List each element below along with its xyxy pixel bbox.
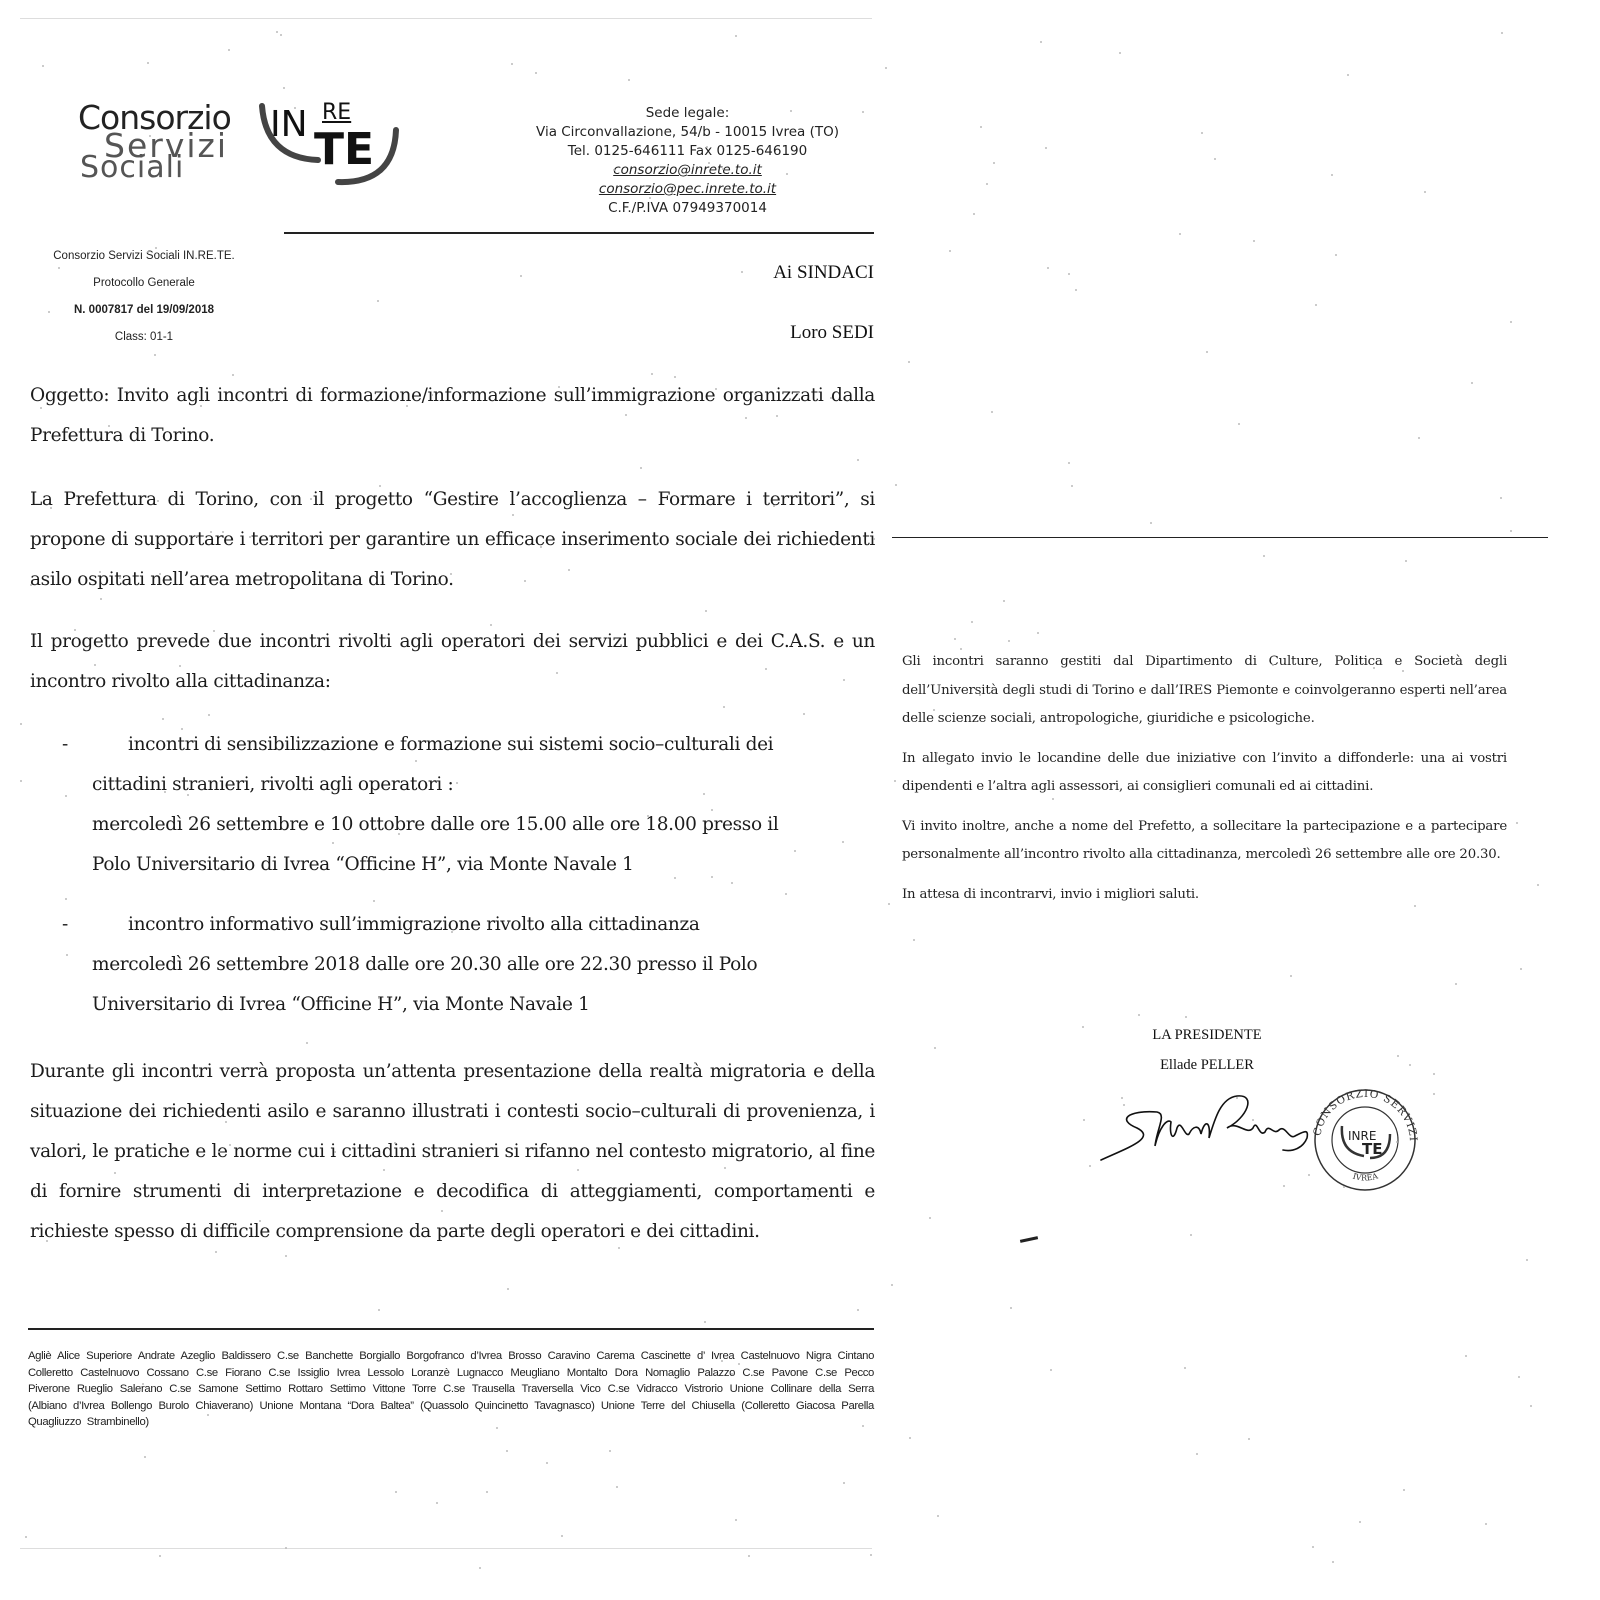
protocol-label: Protocollo Generale <box>24 270 264 297</box>
scan-speck <box>225 1121 227 1123</box>
scan-speck <box>862 1425 864 1427</box>
scan-speck <box>1537 884 1539 886</box>
signatory-name: Ellade PELLER <box>1092 1050 1322 1080</box>
scan-speck <box>332 842 334 844</box>
scan-speck <box>640 467 642 469</box>
scan-speck <box>406 405 408 407</box>
scan-speck <box>280 34 282 36</box>
scan-speck <box>218 1151 220 1153</box>
scan-speck <box>142 1383 144 1385</box>
scan-speck <box>797 392 799 394</box>
scan-speck <box>147 251 149 253</box>
scan-speck <box>1485 1523 1487 1525</box>
sede-vat: C.F./P.IVA 07949370014 <box>515 199 860 218</box>
scan-speck <box>259 1220 261 1222</box>
scan-speck <box>164 791 166 793</box>
scan-speck <box>155 247 157 249</box>
scan-speck <box>857 1309 859 1311</box>
scan-speck <box>862 111 864 113</box>
paragraph-1: La Prefettura di Torino, con il progetto… <box>30 480 875 600</box>
scan-speck <box>228 49 230 51</box>
scan-speck <box>48 311 50 313</box>
scan-speck <box>711 809 713 811</box>
scan-speck <box>558 1000 560 1002</box>
scan-speck <box>162 718 164 720</box>
scan-speck <box>794 850 796 852</box>
scan-speck <box>379 485 381 487</box>
scan-speck <box>1236 1097 1238 1099</box>
scan-speck <box>33 1194 35 1196</box>
scan-speck <box>776 415 778 417</box>
scan-speck <box>625 414 627 416</box>
sede-address: Via Circonvallazione, 54/b - 10015 Ivrea… <box>515 123 860 142</box>
scan-speck <box>486 1491 488 1493</box>
page2-body: Gli incontri saranno gestiti dal Diparti… <box>902 648 1507 920</box>
scan-speck <box>843 679 845 681</box>
scan-speck <box>1089 1165 1091 1167</box>
scan-speck <box>741 271 743 273</box>
scan-speck <box>790 110 792 112</box>
scan-speck <box>694 1062 696 1064</box>
recipient-line-2: Loro SEDI <box>790 322 874 344</box>
scan-speck <box>908 361 910 363</box>
sede-label: Sede legale: <box>515 104 860 123</box>
scan-speck <box>647 815 649 817</box>
scan-speck <box>1347 74 1349 76</box>
scan-speck <box>651 373 653 375</box>
scan-speck <box>154 354 156 356</box>
bullet-item-citizens: - incontro informativo sull’immigrazione… <box>30 905 875 1025</box>
scan-speck <box>1510 321 1512 323</box>
scan-speck <box>149 135 151 137</box>
bullet-detail-line2: Universitario di Ivrea “Officine H”, via… <box>30 985 875 1025</box>
scan-speck <box>1119 52 1121 54</box>
page2-top-edge <box>892 537 1548 538</box>
scan-speck <box>735 35 737 37</box>
scan-speck <box>229 1144 231 1146</box>
scan-speck <box>609 1450 611 1452</box>
scan-speck <box>377 300 379 302</box>
scan-speck <box>1518 1376 1520 1378</box>
scan-speck <box>1206 351 1208 353</box>
scan-speck <box>378 997 380 999</box>
scan-speck <box>674 877 676 879</box>
scan-speck <box>873 538 875 540</box>
scan-speck <box>754 393 756 395</box>
inrete-logo-mark: IN RE TE <box>256 98 416 193</box>
consortium-logo: Consorzio Servizi Sociali IN RE TE <box>78 98 408 198</box>
recipient-line-1: Ai SINDACI <box>773 262 874 284</box>
scan-speck <box>119 577 121 579</box>
scan-speck <box>830 397 832 399</box>
scan-speck <box>934 1047 936 1049</box>
scan-speck <box>1418 437 1420 439</box>
scan-speck <box>616 1486 618 1488</box>
scan-speck <box>66 954 68 956</box>
scan-speck <box>721 1360 723 1362</box>
paragraph-2: Il progetto prevede due incontri rivolti… <box>30 622 875 702</box>
footer-municipalities: Agliè Alice Superiore Andrate Azeglio Ba… <box>28 1348 874 1431</box>
scan-speck <box>731 882 733 884</box>
scan-speck <box>285 1547 287 1549</box>
scan-speck <box>649 197 651 199</box>
sede-phone: Tel. 0125-646111 Fax 0125-646190 <box>515 142 860 161</box>
header-divider <box>284 232 874 234</box>
scan-speck <box>894 780 896 782</box>
bullet-title-line1: incontri di sensibilizzazione e formazio… <box>30 725 875 765</box>
scan-speck <box>613 169 615 171</box>
scan-speck <box>703 793 705 795</box>
scan-speck <box>213 630 215 632</box>
scan-speck <box>1248 1438 1250 1440</box>
scan-speck <box>507 1288 509 1290</box>
scan-speck <box>745 417 747 419</box>
scan-speck <box>973 213 975 215</box>
scan-speck <box>222 531 224 533</box>
official-stamp: CONSORZIO SERVIZI SOCIALI IVREA INRE TE <box>1306 1082 1424 1192</box>
bullet-title-line2: cittadini stranieri, rivolti agli operat… <box>30 765 875 805</box>
scan-speck <box>1052 798 1054 800</box>
scan-speck <box>496 1427 498 1429</box>
scan-speck <box>1203 1035 1205 1037</box>
scan-speck <box>50 507 52 509</box>
scan-speck <box>334 1151 336 1153</box>
scan-speck <box>706 146 708 148</box>
scan-speck <box>479 1567 481 1569</box>
scan-speck <box>181 728 183 730</box>
scan-speck <box>294 107 296 109</box>
scan-speck <box>986 183 988 185</box>
scan-speck <box>159 573 161 575</box>
scan-speck <box>704 1321 706 1323</box>
subject-line: Oggetto: Invito agli incontri di formazi… <box>30 376 875 456</box>
page2-paragraph-2: In allegato invio le locandine delle due… <box>902 745 1507 802</box>
scan-speck <box>1510 530 1512 532</box>
scan-speck <box>1335 254 1337 256</box>
scan-speck <box>437 583 439 585</box>
logo-in: IN <box>270 104 308 145</box>
scan-speck <box>1471 382 1473 384</box>
scan-speck <box>1045 147 1047 149</box>
scan-speck <box>200 405 202 407</box>
scan-speck <box>99 571 101 573</box>
scan-speck <box>937 1515 939 1517</box>
scan-speck <box>1068 462 1070 464</box>
scan-speck <box>1253 240 1255 242</box>
scan-speck <box>939 662 941 664</box>
scan-speck <box>144 1456 146 1458</box>
scan-speck <box>993 162 995 164</box>
scan-speck <box>25 1536 27 1538</box>
scan-speck <box>857 459 859 461</box>
scan-speck <box>383 1169 385 1171</box>
scan-speck <box>1455 983 1457 985</box>
scan-speck <box>1083 1119 1085 1121</box>
registered-office-block: Sede legale: Via Circonvallazione, 54/b … <box>515 104 860 218</box>
scan-speck <box>737 825 739 827</box>
scan-speck <box>378 1309 380 1311</box>
scan-speck <box>1068 273 1070 275</box>
protocol-stamp: Consorzio Servizi Sociali IN.RE.TE. Prot… <box>24 243 264 351</box>
scan-speck <box>1414 905 1416 907</box>
scan-speck <box>936 752 938 754</box>
scan-speck <box>796 1112 798 1114</box>
scan-speck <box>1179 233 1181 235</box>
scan-speck <box>1397 1055 1399 1057</box>
scan-speck <box>74 629 76 631</box>
scan-speck <box>991 411 993 413</box>
scan-speck <box>949 250 951 252</box>
scan-speck <box>1121 1097 1123 1099</box>
scan-speck <box>40 407 42 409</box>
scan-speck <box>1082 1026 1084 1028</box>
scan-speck <box>373 900 375 902</box>
scan-speck <box>735 1519 737 1521</box>
scan-speck <box>558 386 560 388</box>
scan-speck <box>46 1240 48 1242</box>
scan-speck <box>1162 787 1164 789</box>
scan-speck <box>1037 632 1039 634</box>
scan-speck <box>895 484 897 486</box>
bullet-list: - incontri di sensibilizzazione e formaz… <box>30 725 875 1025</box>
scan-speck <box>960 648 962 650</box>
logo-te: TE <box>314 124 374 175</box>
scan-speck <box>1402 670 1404 672</box>
scan-speck <box>1331 174 1333 176</box>
scan-speck <box>114 1172 116 1174</box>
scan-speck <box>450 573 452 575</box>
scan-speck <box>1396 1141 1398 1143</box>
scan-speck <box>195 535 197 537</box>
scan-speck <box>512 514 514 516</box>
scan-speck <box>786 173 788 175</box>
scan-speck <box>1238 423 1240 425</box>
scan-speck <box>1252 1119 1254 1121</box>
scan-speck <box>524 580 526 582</box>
scan-speck <box>888 903 890 905</box>
scan-speck <box>1424 191 1426 193</box>
scan-speck <box>1003 600 1005 602</box>
protocol-class: Class: 01-1 <box>24 324 264 351</box>
scan-speck <box>511 63 513 65</box>
scan-speck <box>1263 555 1265 557</box>
scan-speck <box>463 1233 465 1235</box>
scan-speck <box>1526 1259 1528 1261</box>
scan-speck <box>207 1414 209 1416</box>
scan-speck <box>451 931 453 933</box>
scan-speck <box>618 1247 620 1249</box>
scan-speck <box>773 505 775 507</box>
scan-speck <box>1008 640 1010 642</box>
scan-speck <box>708 162 710 164</box>
letter-page-2: Gli incontri saranno gestiti dal Diparti… <box>892 0 1600 1600</box>
scan-speck <box>724 1167 726 1169</box>
scan-speck <box>1201 132 1203 134</box>
scan-speck <box>100 598 102 600</box>
scan-speck <box>738 1363 740 1365</box>
scan-speck <box>395 1491 397 1493</box>
sede-email-link[interactable]: consorzio@inrete.to.it <box>515 161 860 180</box>
handwritten-signature-icon <box>1097 1088 1317 1168</box>
scan-speck <box>913 939 915 941</box>
scan-speck <box>65 795 67 797</box>
scan-speck <box>65 898 67 900</box>
scan-speck <box>891 1284 893 1286</box>
scan-speck <box>807 1198 809 1200</box>
scan-speck <box>179 665 181 667</box>
bullet-detail-line1: mercoledì 26 settembre 2018 dalle ore 20… <box>30 945 875 985</box>
scan-speck <box>1403 1489 1405 1491</box>
scan-speck <box>1332 1561 1334 1563</box>
bullet-item-operators: - incontri di sensibilizzazione e formaz… <box>30 725 875 885</box>
scan-speck <box>1315 304 1317 306</box>
scan-speck <box>490 624 492 626</box>
scan-speck <box>232 374 234 376</box>
scan-speck <box>933 709 935 711</box>
scan-speck <box>94 664 96 666</box>
bottom-edge-line <box>20 1548 872 1549</box>
scan-speck <box>711 876 713 878</box>
scan-speck <box>556 672 558 674</box>
scan-speck <box>1047 267 1049 269</box>
signature-block: LA PRESIDENTE Ellade PELLER <box>1092 1020 1322 1080</box>
scan-speck <box>276 31 278 33</box>
scan-speck <box>705 610 707 612</box>
scan-speck <box>1150 522 1152 524</box>
scan-speck <box>971 621 973 623</box>
scan-speck <box>1190 1234 1192 1236</box>
scan-speck <box>392 1391 394 1393</box>
scan-speck <box>1196 1453 1198 1455</box>
logo-re: RE <box>322 100 351 125</box>
bullet-marker: - <box>62 905 68 945</box>
scan-speck <box>1373 667 1375 669</box>
scan-speck <box>688 1109 690 1111</box>
scan-speck <box>748 1555 750 1557</box>
scan-speck <box>909 1437 911 1439</box>
bullet-detail-line1: mercoledì 26 settembre e 10 ottobre dall… <box>30 805 875 845</box>
scan-speck <box>1516 822 1518 824</box>
scan-speck <box>561 1535 563 1537</box>
signatory-title: LA PRESIDENTE <box>1092 1020 1322 1050</box>
scan-speck <box>885 67 887 69</box>
scan-speck <box>558 1113 560 1115</box>
scan-speck <box>674 376 676 378</box>
scan-speck <box>1185 1016 1187 1018</box>
sede-pec-link[interactable]: consorzio@pec.inrete.to.it <box>515 180 860 199</box>
scan-speck <box>1343 1186 1345 1188</box>
bullet-marker: - <box>62 725 68 765</box>
scan-speck <box>108 425 110 427</box>
page2-paragraph-4: In attesa di incontrarvi, invio i miglio… <box>902 881 1507 910</box>
scan-speck <box>187 794 189 796</box>
svg-text:TE: TE <box>1362 1140 1382 1158</box>
scan-speck <box>843 1482 845 1484</box>
scan-speck <box>765 668 767 670</box>
scan-speck <box>535 72 537 74</box>
scan-speck <box>1500 497 1502 499</box>
scan-speck <box>954 638 956 640</box>
scan-speck <box>152 281 154 283</box>
scan-speck <box>210 531 212 533</box>
scan-speck <box>456 782 458 784</box>
scan-speck <box>1312 1546 1314 1548</box>
stamp-seal-icon: CONSORZIO SERVIZI SOCIALI IVREA INRE TE <box>1306 1082 1424 1192</box>
scan-speck <box>1308 1174 1310 1176</box>
scan-speck <box>1409 1064 1411 1066</box>
scan-speck <box>140 1386 142 1388</box>
scan-speck <box>1465 1355 1467 1357</box>
logo-word-sociali: Sociali <box>80 150 184 185</box>
scan-speck <box>1214 158 1216 160</box>
scan-speck <box>431 394 433 396</box>
scan-speck <box>546 1462 548 1464</box>
scan-speck <box>929 1217 931 1219</box>
scan-speck <box>577 1169 579 1171</box>
scan-speck <box>1010 1307 1012 1309</box>
scan-speck <box>540 546 542 548</box>
scan-speck <box>1184 1367 1186 1369</box>
scan-speck <box>1283 1185 1285 1187</box>
scan-speck <box>1075 289 1077 291</box>
letter-page-1: Consorzio Servizi Sociali IN RE TE Sede … <box>0 0 880 1600</box>
scan-speck <box>568 569 570 571</box>
scan-speck <box>980 126 982 128</box>
bullet-title-line1: incontro informativo sull’immigrazione r… <box>30 905 875 945</box>
scan-speck <box>1433 1073 1435 1075</box>
scan-speck <box>628 79 630 81</box>
scan-speck <box>842 841 844 843</box>
scan-speck <box>285 1255 287 1257</box>
scan-speck <box>215 1251 217 1253</box>
scan-speck <box>1433 1093 1435 1095</box>
top-edge-line <box>20 18 872 19</box>
footer-divider <box>28 1328 874 1330</box>
scan-speck <box>870 1554 872 1556</box>
scan-speck <box>1290 975 1292 977</box>
scan-speck <box>20 723 22 725</box>
scan-speck <box>520 275 522 277</box>
scan-speck <box>249 536 251 538</box>
bullet-detail-line2: Polo Universitario di Ivrea “Officine H”… <box>30 845 875 885</box>
protocol-entity: Consorzio Servizi Sociali IN.RE.TE. <box>24 243 264 270</box>
scan-speck <box>147 62 149 64</box>
scan-speck <box>731 1373 733 1375</box>
scan-speck <box>722 168 724 170</box>
scan-speck <box>1272 664 1274 666</box>
scan-speck <box>1040 41 1042 43</box>
scan-speck <box>306 1042 308 1044</box>
scan-speck <box>208 714 210 716</box>
scan-speck <box>785 893 787 895</box>
scan-speck <box>1501 32 1503 34</box>
scan-speck <box>979 694 981 696</box>
scan-speck <box>803 713 805 715</box>
scan-speck <box>355 636 357 638</box>
scan-speck <box>1405 560 1407 562</box>
scan-speck <box>159 1555 161 1557</box>
scan-speck <box>1123 1104 1125 1106</box>
scan-speck <box>398 833 400 835</box>
scan-speck <box>310 498 312 500</box>
scan-speck <box>1520 968 1522 970</box>
scan-speck <box>723 706 725 708</box>
scan-speck <box>157 500 159 502</box>
page2-paragraph-1: Gli incontri saranno gestiti dal Diparti… <box>902 648 1507 734</box>
scan-speck <box>283 87 285 89</box>
scan-speck <box>1050 1369 1052 1371</box>
scan-speck <box>506 1450 508 1452</box>
